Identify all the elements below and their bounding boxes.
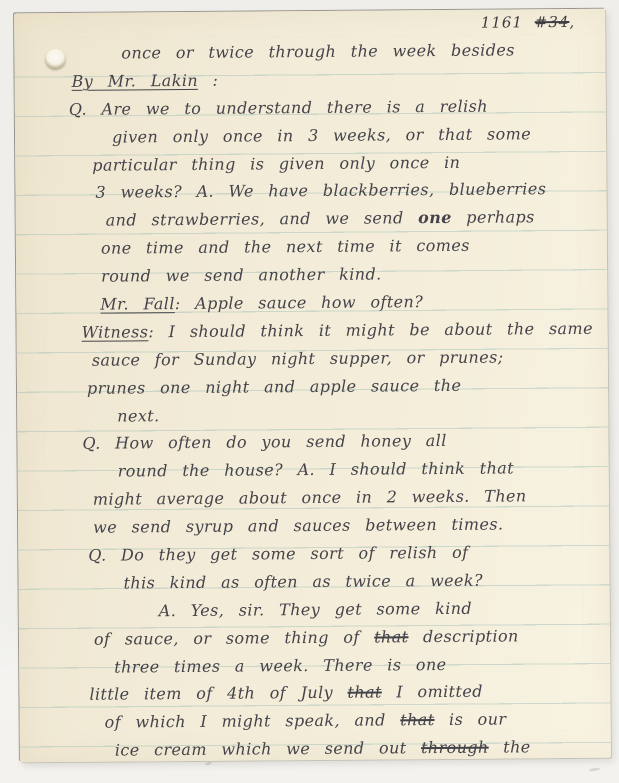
text-segment: 3 weeks? A. We have blackberries, bluebe…: [95, 180, 546, 203]
text-segment-underline: Mr. Fall: [100, 294, 175, 314]
text-segment: of sauce, or some thing of: [94, 627, 374, 648]
handwritten-line: ice cream which we send out through the: [115, 733, 605, 765]
text-segment: : Apple sauce how often?: [175, 292, 424, 313]
handwritten-line: and strawberries, and we send one perhap…: [106, 203, 601, 235]
text-segment: little item of 4th of July: [89, 683, 347, 704]
handwritten-line: of which I might speak, and that is our: [105, 705, 605, 737]
handwritten-line: might average about once in 2 weeks. The…: [93, 482, 603, 514]
text-segment: given only once in 3 weeks, or that some: [112, 124, 531, 146]
text-segment: sauce for Sunday night supper, or prunes…: [92, 347, 504, 369]
handwriting-block: once or twice through the week besidesBy…: [14, 36, 605, 766]
handwritten-line: round we send another kind.: [101, 259, 601, 291]
handwritten-line: Q. How often do you send honey all: [82, 426, 602, 458]
handwritten-line: Witness: I should think it might be abou…: [81, 315, 601, 347]
text-segment: : I should think it might be about the s…: [148, 319, 593, 341]
crossed-out-number: #34: [535, 13, 570, 31]
text-segment-underline: By Mr. Lakin: [72, 71, 199, 91]
handwritten-line: round the house? A. I should think that: [118, 454, 603, 486]
text-segment: round the house? A. I should think that: [118, 459, 515, 481]
handwritten-line: 3 weeks? A. We have blackberries, bluebe…: [95, 175, 600, 207]
handwritten-line: By Mr. Lakin :: [71, 64, 599, 96]
page-header: 1161 #34,: [481, 13, 576, 32]
handwritten-line: once or twice through the week besides: [121, 36, 599, 68]
handwritten-line: particular thing is given only once in: [92, 147, 600, 179]
text-segment: round we send another kind.: [101, 265, 382, 286]
handwritten-line: Q. Do they get some sort of relish of: [88, 538, 603, 570]
text-segment: of which I might speak, and: [105, 711, 401, 732]
text-segment-strike: through: [421, 738, 489, 758]
scan-speck: [205, 761, 213, 766]
text-segment: this kind as often as twice a week?: [123, 571, 483, 593]
text-segment: might average about once in 2 weeks. The…: [93, 487, 527, 509]
text-segment: particular thing is given only once in: [92, 152, 460, 174]
handwritten-line: this kind as often as twice a week?: [123, 566, 603, 598]
handwritten-line: one time and the next time it comes: [101, 231, 601, 263]
handwritten-line: sauce for Sunday night supper, or prunes…: [92, 343, 602, 375]
handwritten-line: A. Yes, sir. They get some kind: [159, 594, 604, 625]
page-number: 1161: [481, 13, 523, 31]
text-segment: I omitted: [382, 682, 483, 702]
text-segment: once or twice through the week besides: [121, 40, 515, 62]
text-segment-strike: that: [400, 710, 434, 729]
text-segment: Q. Do they get some sort of relish of: [88, 543, 468, 565]
header-comma: ,: [569, 13, 575, 31]
handwritten-line: Q. Are we to understand there is a relis…: [69, 92, 600, 124]
text-segment: A. Yes, sir. They get some kind: [159, 599, 472, 620]
text-segment-strike: that: [347, 683, 381, 702]
text-segment: and strawberries, and we send: [106, 209, 419, 230]
handwritten-line: of sauce, or some thing of that descript…: [94, 621, 604, 653]
scanned-document-page: { "document": { "kind": "handwritten cou…: [0, 0, 619, 783]
text-segment: three times a week. There is one: [114, 655, 446, 677]
text-segment: is our: [434, 710, 506, 730]
text-segment: next.: [117, 406, 159, 425]
handwritten-line: prunes one night and apple sauce the: [87, 370, 602, 402]
text-segment-strike: that: [374, 627, 408, 646]
handwritten-line: three times a week. There is one: [114, 649, 604, 681]
handwritten-line: we send syrup and sauces between times.: [93, 510, 603, 542]
text-segment: one time and the next time it comes: [101, 236, 470, 258]
text-segment: :: [198, 71, 218, 90]
text-segment: Q. How often do you send honey all: [82, 431, 446, 453]
text-segment: the: [489, 738, 531, 757]
text-segment: we send syrup and sauces between times.: [93, 515, 503, 537]
handwritten-line: Mr. Fall: Apple sauce how often?: [100, 287, 601, 319]
text-segment: Q. Are we to understand there is a relis…: [69, 96, 488, 118]
handwritten-line: given only once in 3 weeks, or that some: [112, 119, 600, 151]
paper-sheet: 1161 #34, once or twice through the week…: [14, 9, 611, 763]
handwritten-line: next.: [117, 398, 602, 430]
text-segment: ice cream which we send out: [115, 738, 421, 759]
text-segment: prunes one night and apple sauce the: [87, 376, 461, 398]
text-segment: perhaps: [452, 208, 535, 228]
scan-speck: [589, 767, 600, 772]
text-segment-bold: one: [418, 208, 452, 227]
text-segment: description: [408, 626, 518, 646]
text-segment-underline: Witness: [81, 322, 148, 342]
handwritten-line: little item of 4th of July that I omitte…: [89, 677, 604, 709]
